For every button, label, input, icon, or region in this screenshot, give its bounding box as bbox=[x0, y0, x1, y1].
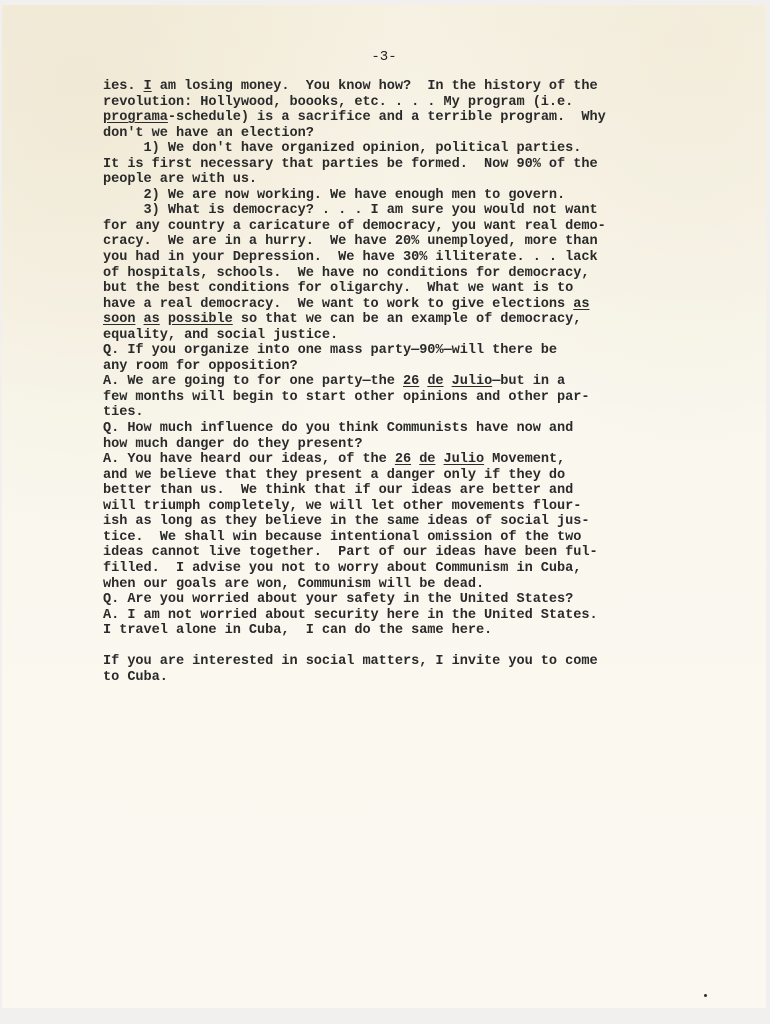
text-segment: tice. We shall win because intentional o… bbox=[103, 530, 581, 545]
text-line: any room for opposition? bbox=[103, 359, 703, 375]
text-segment: -schedule) is a sacrifice and a terrible… bbox=[168, 110, 606, 125]
text-line: equality, and social justice. bbox=[103, 328, 703, 344]
text-line: Q. How much influence do you think Commu… bbox=[103, 421, 703, 437]
document-page: -3- ies. I am losing money. You know how… bbox=[2, 5, 766, 1008]
text-segment: Movement, bbox=[484, 452, 565, 467]
underlined-text: de bbox=[419, 452, 435, 467]
text-line: ish as long as they believe in the same … bbox=[103, 514, 703, 530]
text-line: ties. bbox=[103, 405, 703, 421]
text-line: Q. Are you worried about your safety in … bbox=[103, 592, 703, 608]
text-line: better than us. We think that if our ide… bbox=[103, 483, 703, 499]
text-segment bbox=[135, 312, 143, 327]
text-segment: people are with us. bbox=[103, 172, 257, 187]
underlined-text: Julio bbox=[444, 452, 485, 467]
text-segment: any room for opposition? bbox=[103, 359, 298, 374]
text-segment: better than us. We think that if our ide… bbox=[103, 483, 573, 498]
paper-speck bbox=[704, 994, 707, 997]
text-segment: to Cuba. bbox=[103, 670, 168, 685]
underlined-text: programa bbox=[103, 110, 168, 125]
text-segment: ideas cannot live together. Part of our … bbox=[103, 545, 598, 560]
text-line: few months will begin to start other opi… bbox=[103, 390, 703, 406]
text-line: soon as possible so that we can be an ex… bbox=[103, 312, 703, 328]
typed-body-text: ies. I am losing money. You know how? In… bbox=[103, 79, 703, 685]
text-segment: A. We are going to for one party—the bbox=[103, 374, 403, 389]
text-line: will triumph completely, we will let oth… bbox=[103, 499, 703, 515]
text-line: don't we have an election? bbox=[103, 126, 703, 142]
text-line: I travel alone in Cuba, I can do the sam… bbox=[103, 623, 703, 639]
text-segment: 3) What is democracy? . . . I am sure yo… bbox=[103, 203, 598, 218]
text-segment: I travel alone in Cuba, I can do the sam… bbox=[103, 623, 492, 638]
text-segment bbox=[444, 374, 452, 389]
text-line: when our goals are won, Communism will b… bbox=[103, 577, 703, 593]
text-line: 3) What is democracy? . . . I am sure yo… bbox=[103, 203, 703, 219]
text-line: A. I am not worried about security here … bbox=[103, 608, 703, 624]
text-line: programa-schedule) is a sacrifice and a … bbox=[103, 110, 703, 126]
text-line: Q. If you organize into one mass party—9… bbox=[103, 343, 703, 359]
text-segment: will triumph completely, we will let oth… bbox=[103, 499, 581, 514]
text-line: tice. We shall win because intentional o… bbox=[103, 530, 703, 546]
text-line: It is first necessary that parties be fo… bbox=[103, 157, 703, 173]
underlined-text: as bbox=[144, 312, 160, 327]
text-segment: have a real democracy. We want to work t… bbox=[103, 297, 573, 312]
text-line: how much danger do they present? bbox=[103, 437, 703, 453]
text-segment: for any country a caricature of democrac… bbox=[103, 219, 606, 234]
text-segment bbox=[160, 312, 168, 327]
text-line: A. You have heard our ideas, of the 26 d… bbox=[103, 452, 703, 468]
text-line: and we believe that they present a dange… bbox=[103, 468, 703, 484]
text-line: revolution: Hollywood, boooks, etc. . . … bbox=[103, 95, 703, 111]
underlined-text: Julio bbox=[452, 374, 493, 389]
text-segment: ish as long as they believe in the same … bbox=[103, 514, 589, 529]
blank-line bbox=[103, 639, 703, 655]
text-segment: of hospitals, schools. We have no condit… bbox=[103, 266, 589, 281]
text-segment: when our goals are won, Communism will b… bbox=[103, 577, 484, 592]
text-line: of hospitals, schools. We have no condit… bbox=[103, 266, 703, 282]
text-segment: cracy. We are in a hurry. We have 20% un… bbox=[103, 234, 598, 249]
underlined-text: 26 bbox=[395, 452, 411, 467]
text-segment bbox=[411, 452, 419, 467]
text-line: but the best conditions for oligarchy. W… bbox=[103, 281, 703, 297]
text-segment: It is first necessary that parties be fo… bbox=[103, 157, 598, 172]
underlined-text: soon bbox=[103, 312, 135, 327]
text-line: people are with us. bbox=[103, 172, 703, 188]
text-segment: Q. How much influence do you think Commu… bbox=[103, 421, 573, 436]
page-number: -3- bbox=[2, 49, 766, 65]
text-line: to Cuba. bbox=[103, 670, 703, 686]
text-line: 1) We don't have organized opinion, poli… bbox=[103, 141, 703, 157]
text-segment: you had in your Depression. We have 30% … bbox=[103, 250, 598, 265]
text-segment: A. I am not worried about security here … bbox=[103, 608, 598, 623]
text-segment: few months will begin to start other opi… bbox=[103, 390, 589, 405]
underlined-text: I bbox=[144, 79, 152, 94]
text-line: cracy. We are in a hurry. We have 20% un… bbox=[103, 234, 703, 250]
text-segment: so that we can be an example of democrac… bbox=[233, 312, 582, 327]
text-segment: don't we have an election? bbox=[103, 126, 314, 141]
text-line: you had in your Depression. We have 30% … bbox=[103, 250, 703, 266]
underlined-text: as bbox=[573, 297, 589, 312]
text-segment: Q. Are you worried about your safety in … bbox=[103, 592, 573, 607]
text-segment: Q. If you organize into one mass party—9… bbox=[103, 343, 557, 358]
text-segment: 1) We don't have organized opinion, poli… bbox=[103, 141, 581, 156]
text-segment: equality, and social justice. bbox=[103, 328, 338, 343]
text-line: filled. I advise you not to worry about … bbox=[103, 561, 703, 577]
text-line: If you are interested in social matters,… bbox=[103, 654, 703, 670]
underlined-text: de bbox=[427, 374, 443, 389]
underlined-text: possible bbox=[168, 312, 233, 327]
text-segment: A. You have heard our ideas, of the bbox=[103, 452, 395, 467]
text-segment: am losing money. You know how? In the hi… bbox=[152, 79, 598, 94]
text-line: have a real democracy. We want to work t… bbox=[103, 297, 703, 313]
text-segment: If you are interested in social matters,… bbox=[103, 654, 598, 669]
text-segment: —but in a bbox=[492, 374, 565, 389]
text-line: 2) We are now working. We have enough me… bbox=[103, 188, 703, 204]
text-segment: how much danger do they present? bbox=[103, 437, 362, 452]
text-segment: filled. I advise you not to worry about … bbox=[103, 561, 581, 576]
text-segment: but the best conditions for oligarchy. W… bbox=[103, 281, 573, 296]
text-line: for any country a caricature of democrac… bbox=[103, 219, 703, 235]
text-line: A. We are going to for one party—the 26 … bbox=[103, 374, 703, 390]
text-line: ies. I am losing money. You know how? In… bbox=[103, 79, 703, 95]
text-segment: and we believe that they present a dange… bbox=[103, 468, 565, 483]
text-segment: 2) We are now working. We have enough me… bbox=[103, 188, 565, 203]
text-segment: ies. bbox=[103, 79, 144, 94]
text-line: ideas cannot live together. Part of our … bbox=[103, 545, 703, 561]
text-segment: revolution: Hollywood, boooks, etc. . . … bbox=[103, 95, 573, 110]
underlined-text: 26 bbox=[403, 374, 419, 389]
text-segment: ties. bbox=[103, 405, 144, 420]
text-segment bbox=[435, 452, 443, 467]
